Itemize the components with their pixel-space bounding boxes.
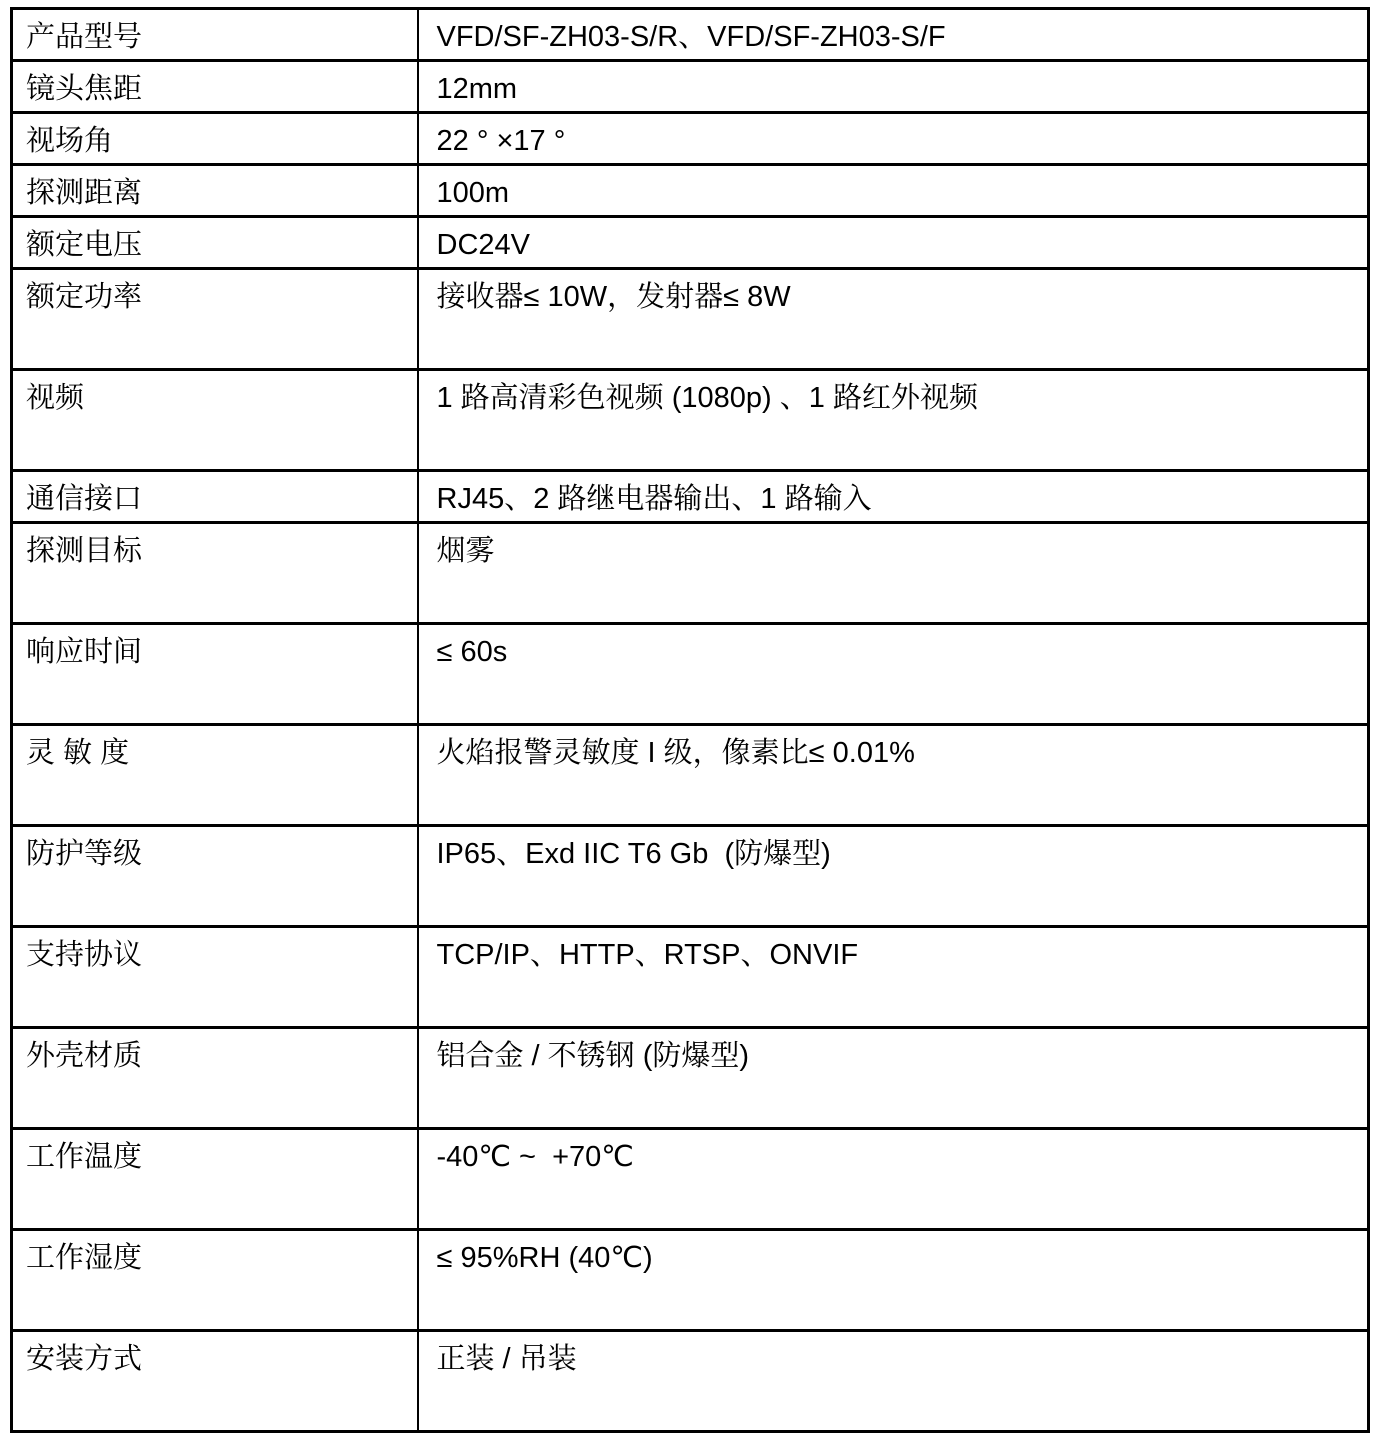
table-row: 灵 敏 度火焰报警灵敏度 I 级，像素比≤ 0.01%: [12, 725, 1369, 826]
table-row: 工作湿度≤ 95%RH (40℃): [12, 1230, 1369, 1331]
spec-label: 探测目标: [12, 523, 418, 624]
spec-label: 响应时间: [12, 624, 418, 725]
spec-label: 产品型号: [12, 9, 418, 61]
spec-table-body: 产品型号VFD/SF-ZH03-S/R、VFD/SF-ZH03-S/F镜头焦距1…: [12, 9, 1369, 1432]
table-row: 产品型号VFD/SF-ZH03-S/R、VFD/SF-ZH03-S/F: [12, 9, 1369, 61]
spec-value: -40℃ ~ +70℃: [418, 1129, 1369, 1230]
spec-value: 铝合金 / 不锈钢 (防爆型): [418, 1028, 1369, 1129]
spec-label: 探测距离: [12, 165, 418, 217]
table-row: 探测目标烟雾: [12, 523, 1369, 624]
spec-table: 产品型号VFD/SF-ZH03-S/R、VFD/SF-ZH03-S/F镜头焦距1…: [10, 7, 1370, 1433]
spec-value: TCP/IP、HTTP、RTSP、ONVIF: [418, 927, 1369, 1028]
spec-label: 通信接口: [12, 471, 418, 523]
spec-value: RJ45、2 路继电器输出、1 路输入: [418, 471, 1369, 523]
spec-label: 工作湿度: [12, 1230, 418, 1331]
spec-value: ≤ 60s: [418, 624, 1369, 725]
spec-label: 灵 敏 度: [12, 725, 418, 826]
spec-label: 额定功率: [12, 269, 418, 370]
spec-value: 100m: [418, 165, 1369, 217]
table-row: 防护等级IP65、Exd IIC T6 Gb (防爆型): [12, 826, 1369, 927]
spec-label: 镜头焦距: [12, 61, 418, 113]
spec-value: ≤ 95%RH (40℃): [418, 1230, 1369, 1331]
table-row: 视频1 路高清彩色视频 (1080p) 、1 路红外视频: [12, 370, 1369, 471]
spec-label: 防护等级: [12, 826, 418, 927]
spec-value: 接收器≤ 10W，发射器≤ 8W: [418, 269, 1369, 370]
spec-label: 视场角: [12, 113, 418, 165]
table-row: 探测距离100m: [12, 165, 1369, 217]
spec-value: 22 ° ×17 °: [418, 113, 1369, 165]
table-row: 通信接口RJ45、2 路继电器输出、1 路输入: [12, 471, 1369, 523]
table-row: 支持协议TCP/IP、HTTP、RTSP、ONVIF: [12, 927, 1369, 1028]
spec-value: 1 路高清彩色视频 (1080p) 、1 路红外视频: [418, 370, 1369, 471]
spec-label: 视频: [12, 370, 418, 471]
spec-label: 安装方式: [12, 1331, 418, 1432]
spec-label: 外壳材质: [12, 1028, 418, 1129]
spec-value: DC24V: [418, 217, 1369, 269]
table-row: 镜头焦距12mm: [12, 61, 1369, 113]
spec-value: 12mm: [418, 61, 1369, 113]
table-row: 响应时间≤ 60s: [12, 624, 1369, 725]
spec-value: 烟雾: [418, 523, 1369, 624]
spec-value: VFD/SF-ZH03-S/R、VFD/SF-ZH03-S/F: [418, 9, 1369, 61]
spec-value: IP65、Exd IIC T6 Gb (防爆型): [418, 826, 1369, 927]
spec-value: 正装 / 吊装: [418, 1331, 1369, 1432]
table-row: 工作温度-40℃ ~ +70℃: [12, 1129, 1369, 1230]
table-row: 额定电压DC24V: [12, 217, 1369, 269]
spec-label: 额定电压: [12, 217, 418, 269]
spec-label: 支持协议: [12, 927, 418, 1028]
spec-label: 工作温度: [12, 1129, 418, 1230]
table-row: 视场角22 ° ×17 °: [12, 113, 1369, 165]
table-row: 安装方式正装 / 吊装: [12, 1331, 1369, 1432]
table-row: 外壳材质铝合金 / 不锈钢 (防爆型): [12, 1028, 1369, 1129]
table-row: 额定功率接收器≤ 10W，发射器≤ 8W: [12, 269, 1369, 370]
spec-value: 火焰报警灵敏度 I 级，像素比≤ 0.01%: [418, 725, 1369, 826]
